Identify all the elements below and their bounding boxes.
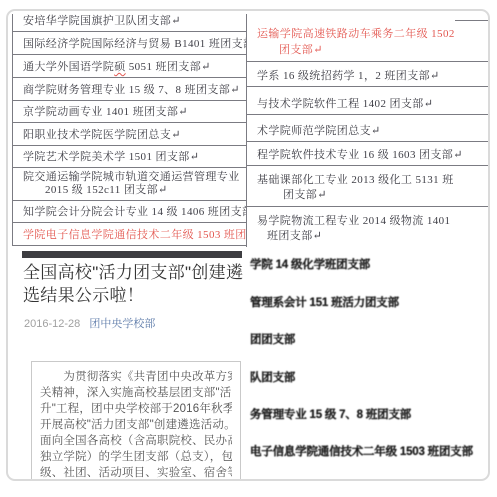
bold-branch-item: 电子信息学院通信技术二年级 1503 班团支部: [250, 443, 473, 459]
doc-row: 国际经济学院国际经济与贸易 B1401 班团支部↵: [13, 32, 247, 55]
article-title: 全国高校"活力团支部"创建遴选结果公示啦！: [23, 261, 254, 307]
bold-branch-item: 队团支部: [250, 369, 295, 385]
article-author-link[interactable]: 团中央学校部: [89, 318, 155, 330]
article-meta: 2016-12-28 团中央学校部: [24, 315, 155, 331]
bold-branch-item: 管理系会计 151 班活力团支部: [250, 294, 399, 310]
body-line: 为贯彻落实《共青团中央改革方案》有: [40, 369, 232, 385]
article-screenshot-collage: 安培华学院国旗护卫队团支部↵ 国际经济学院国际经济与贸易 B1401 班团支部↵…: [0, 0, 497, 497]
spellcheck-word: 硕: [114, 61, 125, 73]
doc-row: 安培华学院国旗护卫队团支部↵: [13, 14, 247, 32]
bold-branch-item: 团团支部: [250, 331, 295, 347]
bold-branch-item: 学院 14 级化学班团支部: [250, 256, 370, 272]
doc-row: 知学院会计分院会计专业 14 级 1406 班团支部↵: [13, 201, 247, 223]
doc-row: 通大学外国语学院硕 5051 班团支部↵: [13, 55, 247, 78]
doc-row: 学院艺术学院美术学 1501 团支部↵: [13, 146, 247, 168]
doc-row: 商学院财务管理专业 15 级 7、8 班团支部↵: [13, 78, 247, 101]
doc-row: 京学院动画专业 1401 班团支部↵: [13, 101, 247, 123]
collage-card: 安培华学院国旗护卫队团支部↵ 国际经济学院国际经济与贸易 B1401 班团支部↵…: [6, 9, 490, 481]
body-line: 关精神，深入实施高校基层团支部"活力提: [40, 385, 232, 401]
body-line: 级、社团、活动项目、实验室、宿舍等各类: [40, 465, 232, 481]
doc-row: 阳职业技术学院医学院团总支↵: [13, 123, 247, 146]
bold-branch-list: 学院 14 级化学班团支部 管理系会计 151 班活力团支部 团团支部 队团支部…: [250, 11, 490, 479]
doc-row-highlighted: 学院电子信息学院通信技术二年级 1503 班团支部↵: [13, 223, 247, 246]
article-body-card: 为贯彻落实《共青团中央改革方案》有 关精神，深入实施高校基层团支部"活力提 升"…: [31, 361, 241, 481]
doc-table-left: 安培华学院国旗护卫队团支部↵ 国际经济学院国际经济与贸易 B1401 班团支部↵…: [12, 14, 247, 246]
body-line: 面向全国各高校（含高职院校、民办高校、: [40, 433, 232, 449]
body-line: 开展高校"活力团支部"创建遴选活动。活动: [40, 417, 232, 433]
bold-branch-item: 务管理专业 15 级 7、8 班团支部: [250, 406, 411, 422]
doc-row: 院交通运输学院城市轨道交通运营管理专业 2015 级 152c11 团支部↵: [13, 168, 247, 201]
body-line: 独立学院）的学生团支部（总支），包括班: [40, 449, 232, 465]
article-top-bar: [22, 251, 242, 258]
body-line: 升"工程，团中央学校部于2016年秋季学期: [40, 401, 232, 417]
article-date: 2016-12-28: [24, 318, 80, 330]
